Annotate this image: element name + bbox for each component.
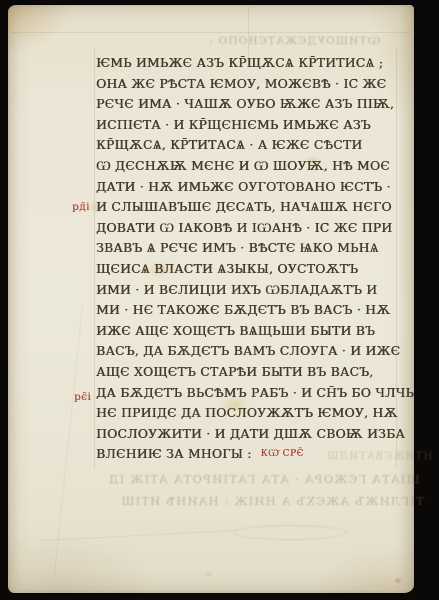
- text-line: довати ѡ іаковѣ и іѡанѣ · іс̄ жє при: [96, 218, 408, 239]
- text-line: ими · и вєлиціи ихъ ѡбладаѫтъ и: [96, 280, 408, 301]
- ruling-line-left: [94, 49, 95, 469]
- text-line: послоужити · и дати дш̄ѫ своѭ изба: [96, 424, 408, 445]
- horizontal-crease: [12, 32, 410, 33]
- text-line: звавъ ѧ рєчє имъ · вѣстє ѩко мьнѧ: [96, 238, 408, 259]
- text-line: дати · нѫ имьжє оуготовано ѥстъ ·: [96, 177, 408, 198]
- fold-crease-bottom-left: [54, 306, 83, 575]
- zachalo-number-second: рє̄і: [74, 391, 91, 403]
- showthrough-oval: [233, 525, 347, 540]
- text-line: рєчє има · чашѫ оубо ѭжє азъ піѭ,: [96, 94, 408, 115]
- parchment-page: ѡтишоудєжатєнопо : нтижєватилш шіата гєж…: [8, 5, 414, 593]
- text-line: кр̄щѫсѧ, кр̄титасѧ · а ѥжє сѣсти: [96, 135, 408, 156]
- end-of-reading-rubric: кѡ̄ срє̄: [261, 449, 304, 459]
- text-line-last: влєниѥ за многы :кѡ̄ срє̄: [96, 444, 408, 465]
- text-line-last-body: влєниѥ за многы :: [96, 447, 252, 461]
- text-line: ми · нє такожє бѫдєтъ въ васъ · нѫ: [96, 300, 408, 321]
- text-line: ѥмь имьжє азъ кр̄щѫсѧ кр̄титисѧ ;: [96, 53, 408, 74]
- text-line: ѡ дєснѫѭ мєнє и ѡ шоуѭ, нѣ моє: [96, 156, 408, 177]
- text-block: ѥмь имьжє азъ кр̄щѫсѧ кр̄титисѧ ; Она жє…: [96, 53, 408, 465]
- text-line: ижє ащє хощєтъ вѧщьши быти въ: [96, 321, 408, 342]
- text-line: васъ, да бѫдєтъ вамъ слоуга · и ижє: [96, 341, 408, 362]
- text-line: ащє хощєтъ старѣи быти въ васъ,: [96, 362, 408, 383]
- fold-crease-bottom: [38, 530, 238, 541]
- zachalo-number-first: рд̄і: [72, 201, 90, 213]
- manuscript-photo: ѡтишоудєжатєнопо : нтижєватилш шіата гєж…: [0, 0, 439, 600]
- text-line: да бѫдєтъ вьсѣмъ рабъ · и сн̄ъ бо чл̄чь: [96, 383, 408, 404]
- text-line: Она жє рѣста ѥмоу, можєвѣ · іс̄ жє: [96, 74, 408, 95]
- showthrough-line: тіглижъ ажєхъ а ниіж : наинѣ итіш: [120, 494, 424, 508]
- showthrough-line: шіата гєжора · ата гатіирота атіж ід: [108, 472, 420, 486]
- text-line: нє приідє да послоужѫтъ ѥмоу, нѫ: [96, 403, 408, 424]
- text-line: щєисѧ власти ѧзыкы, оустоѫтъ: [96, 259, 408, 280]
- showthrough-header: ѡтишоудєжатєнопо :: [208, 35, 380, 47]
- speck: [204, 571, 214, 578]
- text-line: испієта · и кр̄щєніємь имьжє азъ: [96, 115, 408, 136]
- speck: [394, 577, 402, 584]
- text-line: и слышавъшє дєсѧть, начѧшѫ нєго: [96, 197, 408, 218]
